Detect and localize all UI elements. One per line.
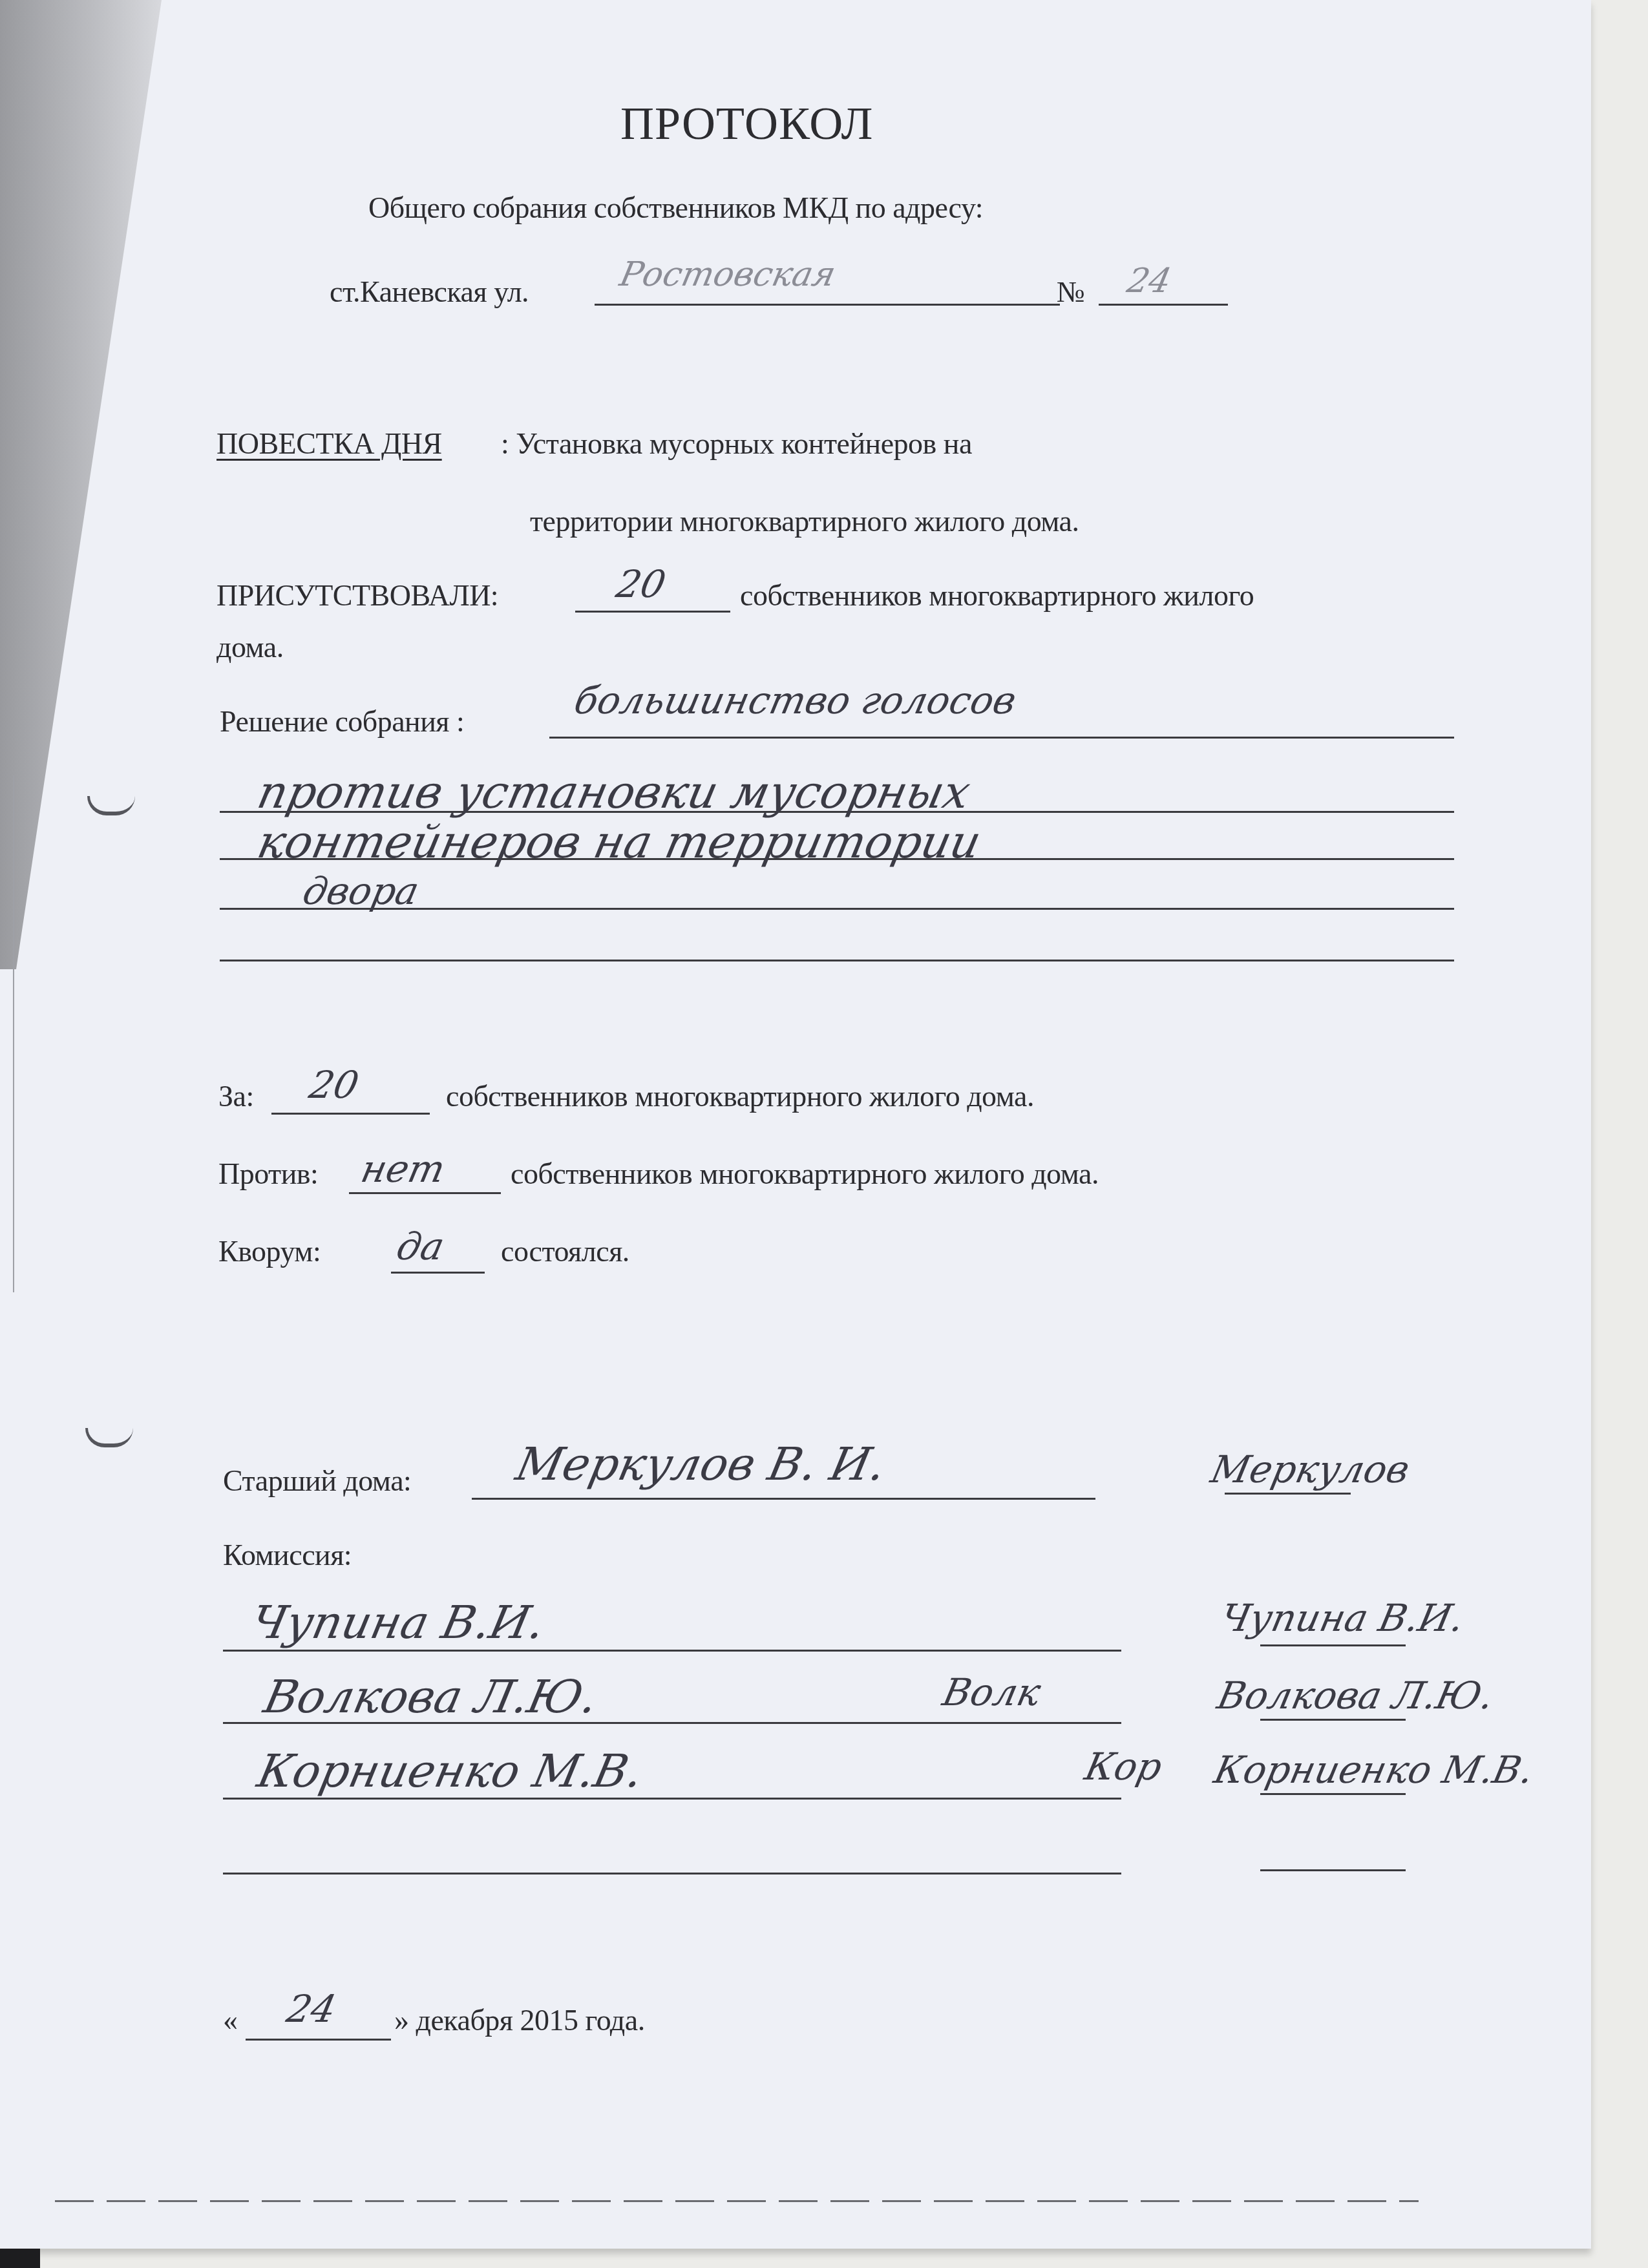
house-elder-label: Старший дома: — [223, 1464, 411, 1498]
margin-mark — [13, 775, 14, 1292]
house-elder-signature: Меркулов — [1207, 1447, 1413, 1491]
commission-member-3-mark: Кор — [1081, 1745, 1166, 1789]
punch-hole-mark — [85, 1428, 133, 1447]
votes-against-line — [349, 1192, 501, 1194]
commission-signature-line — [1260, 1644, 1406, 1646]
street-field-line — [595, 304, 1060, 306]
scanned-page: ПРОТОКОЛ Общего собрания собственников М… — [0, 0, 1591, 2249]
commission-signature-line — [1260, 1793, 1406, 1795]
commission-line — [223, 1798, 1121, 1800]
house-elder-signature-line — [1225, 1493, 1351, 1495]
date-rest: » декабря 2015 года. — [394, 2003, 645, 2037]
votes-against-handwritten: нет — [357, 1147, 449, 1191]
decision-handwritten-1: большинство голосов — [571, 678, 1020, 722]
decision-handwritten-2: против установки мусорных — [253, 766, 975, 819]
decision-line — [549, 737, 1454, 739]
decision-handwritten-3: контейнеров на территории — [253, 815, 986, 868]
address-label: ст.Каневская ул. — [330, 275, 529, 309]
decision-line — [220, 960, 1454, 961]
present-count-line — [575, 611, 730, 613]
commission-signature-line-empty — [1260, 1869, 1406, 1871]
house-number-handwritten: 24 — [1124, 262, 1175, 300]
commission-member-2-signature: Волкова Л.Ю. — [1214, 1674, 1498, 1717]
punch-hole-mark — [87, 796, 135, 815]
present-suffix-line1: собственников многоквартирного жилого — [740, 578, 1254, 613]
quorum-label: Кворум: — [218, 1234, 321, 1268]
commission-member-2-name: Волкова Л.Ю. — [259, 1670, 602, 1723]
quorum-suffix: состоялся. — [501, 1234, 629, 1268]
number-label: № — [1057, 275, 1084, 309]
votes-against-suffix: собственников многоквартирного жилого до… — [511, 1157, 1099, 1191]
agenda-text-line1: : Установка мусорных контейнеров на — [501, 426, 972, 461]
votes-for-line — [271, 1113, 430, 1115]
folded-corner-shadow — [0, 0, 162, 969]
street-handwritten: Ростовская — [617, 255, 840, 294]
scanner-edge — [0, 2249, 40, 2268]
commission-member-1-name: Чупина В.И. — [246, 1596, 549, 1649]
commission-member-3-name: Корниенко М.В. — [253, 1745, 648, 1798]
votes-for-handwritten: 20 — [306, 1063, 363, 1107]
commission-member-3-signature: Корниенко М.В. — [1210, 1748, 1537, 1792]
document-title: ПРОТОКОЛ — [620, 97, 873, 151]
bottom-fold-line — [55, 2200, 1419, 2202]
present-label: ПРИСУТСТВОВАЛИ: — [217, 578, 498, 613]
decision-label: Решение собрания : — [220, 704, 464, 739]
house-elder-name-handwritten: Меркулов В. И. — [511, 1438, 891, 1491]
present-count-handwritten: 20 — [613, 562, 670, 606]
commission-member-2-mark: Волк — [939, 1670, 1045, 1714]
quorum-line — [391, 1272, 485, 1274]
commission-member-1-signature: Чупина В.И. — [1217, 1596, 1468, 1640]
date-day-line — [246, 2039, 391, 2041]
document-subtitle: Общего собрания собственников МКД по адр… — [368, 191, 983, 225]
commission-signature-line — [1260, 1719, 1406, 1721]
votes-for-label: За: — [218, 1079, 254, 1113]
date-open-quote: « — [223, 2003, 238, 2037]
agenda-text-line2: территории многоквартирного жилого дома. — [530, 504, 1079, 538]
votes-against-label: Против: — [218, 1157, 318, 1191]
votes-for-suffix: собственников многоквартирного жилого до… — [446, 1079, 1034, 1113]
decision-handwritten-4: двора — [299, 869, 423, 913]
date-day-handwritten: 24 — [283, 1987, 340, 2031]
quorum-handwritten: да — [393, 1224, 449, 1268]
present-suffix-line2: дома. — [217, 630, 284, 664]
commission-label: Комиссия: — [223, 1538, 352, 1572]
agenda-label: ПОВЕСТКА ДНЯ — [217, 426, 442, 461]
house-elder-line — [472, 1498, 1095, 1500]
commission-line-empty — [223, 1873, 1121, 1874]
commission-line — [223, 1650, 1121, 1652]
number-field-line — [1099, 304, 1228, 306]
